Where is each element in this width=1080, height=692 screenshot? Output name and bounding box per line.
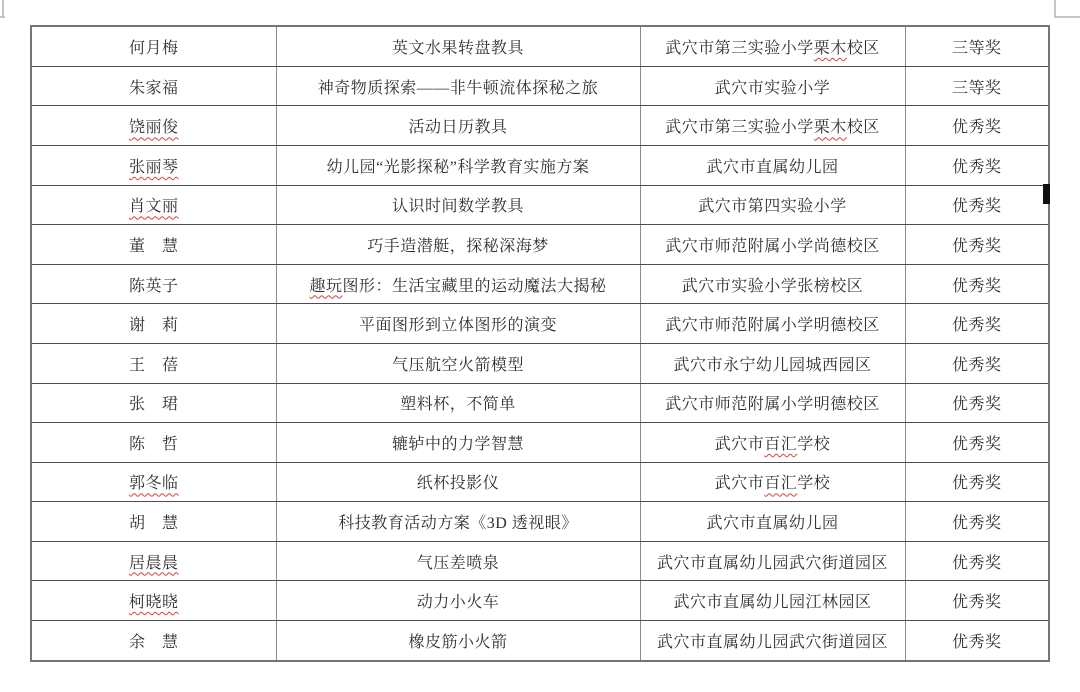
text-run: 优秀奖 (952, 594, 1002, 611)
table-row: 陈 哲辘轳中的力学智慧武穴市百汇学校优秀奖 (31, 423, 1049, 463)
text-run: 塑料杯，不简单 (400, 396, 516, 413)
text-run: 陈英子 (129, 278, 179, 295)
text-run: 余 慧 (129, 634, 179, 651)
recipient-name-cell[interactable]: 朱家福 (31, 66, 276, 106)
project-title-cell[interactable]: 活动日历教具 (276, 106, 640, 146)
text-run: 优秀奖 (952, 515, 1002, 532)
text-cursor-mark (1043, 184, 1050, 204)
text-run: 胡 慧 (129, 515, 179, 532)
text-run: 气压差喷泉 (417, 555, 500, 572)
table-row: 余 慧橡皮筋小火箭武穴市直属幼儿园武穴街道园区优秀奖 (31, 621, 1049, 662)
text-run: 校区 (847, 119, 880, 136)
misspelled-text-run: 趣玩 (309, 278, 342, 295)
table-row: 胡 慧科技教育活动方案《3D 透视眼》武穴市直属幼儿园优秀奖 (31, 502, 1049, 542)
project-title-cell[interactable]: 认识时间数学教具 (276, 185, 640, 225)
award-level-cell[interactable]: 优秀奖 (905, 383, 1049, 423)
text-run: 图形：生活宝藏里的运动魔法大揭秘 (343, 278, 607, 295)
text-run: 武穴市永宁幼儿园城西园区 (673, 357, 871, 374)
text-run: 优秀奖 (952, 436, 1002, 453)
adjacent-frame-corner-right-horizontal (1054, 16, 1080, 18)
recipient-name-cell[interactable]: 何月梅 (31, 26, 276, 66)
award-level-cell[interactable]: 优秀奖 (905, 581, 1049, 621)
table-row: 肖文丽认识时间数学教具武穴市第四实验小学优秀奖 (31, 185, 1049, 225)
text-run: 橡皮筋小火箭 (408, 634, 507, 651)
document-page: 何月梅英文水果转盘教具武穴市第三实验小学栗木校区三等奖朱家福神奇物质探索——非牛… (0, 0, 1080, 692)
project-title-cell[interactable]: 巧手造潜艇，探秘深海梦 (276, 225, 640, 265)
table-row: 王 蓓气压航空火箭模型武穴市永宁幼儿园城西园区优秀奖 (31, 343, 1049, 383)
project-title-cell[interactable]: 神奇物质探索——非牛顿流体探秘之旅 (276, 66, 640, 106)
school-cell[interactable]: 武穴市实验小学张榜校区 (640, 264, 905, 304)
text-run: 优秀奖 (952, 475, 1002, 492)
award-level-cell[interactable]: 优秀奖 (905, 541, 1049, 581)
school-cell[interactable]: 武穴市直属幼儿园武穴街道园区 (640, 541, 905, 581)
school-cell[interactable]: 武穴市师范附属小学明德校区 (640, 383, 905, 423)
school-cell[interactable]: 武穴市直属幼儿园 (640, 146, 905, 186)
text-run: 气压航空火箭模型 (392, 357, 524, 374)
recipient-name-cell[interactable]: 董 慧 (31, 225, 276, 265)
award-level-cell[interactable]: 三等奖 (905, 66, 1049, 106)
award-results-table[interactable]: 何月梅英文水果转盘教具武穴市第三实验小学栗木校区三等奖朱家福神奇物质探索——非牛… (30, 25, 1050, 662)
text-run: 神奇物质探索——非牛顿流体探秘之旅 (318, 80, 599, 97)
school-cell[interactable]: 武穴市实验小学 (640, 66, 905, 106)
text-run: 辘轳中的力学智慧 (392, 436, 524, 453)
text-run: 武穴市直属幼儿园武穴街道园区 (657, 555, 888, 572)
misspelled-text-run: 百汇 (764, 475, 797, 492)
text-run: 优秀奖 (952, 357, 1002, 374)
text-run: 武穴市直属幼儿园江林园区 (673, 594, 871, 611)
misspelled-text-run: 肖文丽 (129, 198, 179, 215)
misspelled-text-run: 饶丽俊 (129, 119, 179, 136)
project-title-cell[interactable]: 英文水果转盘教具 (276, 26, 640, 66)
award-level-cell[interactable]: 优秀奖 (905, 462, 1049, 502)
school-cell[interactable]: 武穴市百汇学校 (640, 462, 905, 502)
school-cell[interactable]: 武穴市直属幼儿园江林园区 (640, 581, 905, 621)
text-run: 认识时间数学教具 (392, 198, 524, 215)
recipient-name-cell[interactable]: 居晨晨 (31, 541, 276, 581)
misspelled-text-run: 柯晓晓 (129, 594, 179, 611)
misspelled-text-run: 郭冬临 (129, 475, 179, 492)
award-level-cell[interactable]: 优秀奖 (905, 264, 1049, 304)
text-run: 校区 (847, 40, 880, 57)
text-run: 三等奖 (952, 80, 1002, 97)
text-run: 优秀奖 (952, 634, 1002, 651)
recipient-name-cell[interactable]: 陈 哲 (31, 423, 276, 463)
text-run: 科技教育活动方案《3D 透视眼》 (338, 515, 578, 532)
recipient-name-cell[interactable]: 柯晓晓 (31, 581, 276, 621)
text-run: 英文水果转盘教具 (392, 40, 524, 57)
project-title-cell[interactable]: 橡皮筋小火箭 (276, 621, 640, 662)
text-run: 武穴市师范附属小学明德校区 (665, 317, 880, 334)
school-cell[interactable]: 武穴市直属幼儿园 (640, 502, 905, 542)
award-level-cell[interactable]: 优秀奖 (905, 502, 1049, 542)
text-run: 优秀奖 (952, 396, 1002, 413)
table-row: 朱家福神奇物质探索——非牛顿流体探秘之旅武穴市实验小学三等奖 (31, 66, 1049, 106)
text-run: 动力小火车 (417, 594, 500, 611)
text-run: 张 珺 (129, 396, 179, 413)
text-run: 武穴市 (715, 475, 765, 492)
school-cell[interactable]: 武穴市百汇学校 (640, 423, 905, 463)
text-run: 纸杯投影仪 (417, 475, 500, 492)
project-title-cell[interactable]: 幼儿园“光影探秘”科学教育实施方案 (276, 146, 640, 186)
text-run: 武穴市 (715, 436, 765, 453)
school-cell[interactable]: 武穴市师范附属小学明德校区 (640, 304, 905, 344)
text-run: 优秀奖 (952, 159, 1002, 176)
table-row: 陈英子趣玩图形：生活宝藏里的运动魔法大揭秘武穴市实验小学张榜校区优秀奖 (31, 264, 1049, 304)
award-level-cell[interactable]: 优秀奖 (905, 304, 1049, 344)
project-title-cell[interactable]: 纸杯投影仪 (276, 462, 640, 502)
table-row: 居晨晨气压差喷泉武穴市直属幼儿园武穴街道园区优秀奖 (31, 541, 1049, 581)
school-cell[interactable]: 武穴市第四实验小学 (640, 185, 905, 225)
project-title-cell[interactable]: 科技教育活动方案《3D 透视眼》 (276, 502, 640, 542)
award-level-cell[interactable]: 优秀奖 (905, 106, 1049, 146)
text-run: 武穴市师范附属小学尚德校区 (665, 238, 880, 255)
award-level-cell[interactable]: 优秀奖 (905, 423, 1049, 463)
table-row: 谢 莉平面图形到立体图形的演变武穴市师范附属小学明德校区优秀奖 (31, 304, 1049, 344)
recipient-name-cell[interactable]: 张丽琴 (31, 146, 276, 186)
award-level-cell[interactable]: 优秀奖 (905, 146, 1049, 186)
recipient-name-cell[interactable]: 余 慧 (31, 621, 276, 662)
project-title-cell[interactable]: 平面图形到立体图形的演变 (276, 304, 640, 344)
text-run: 幼儿园“光影探秘”科学教育实施方案 (327, 159, 590, 176)
misspelled-text-run: 百汇 (764, 436, 797, 453)
text-run: 武穴市直属幼儿园 (706, 515, 838, 532)
project-title-cell[interactable]: 趣玩图形：生活宝藏里的运动魔法大揭秘 (276, 264, 640, 304)
award-level-cell[interactable]: 优秀奖 (905, 343, 1049, 383)
recipient-name-cell[interactable]: 饶丽俊 (31, 106, 276, 146)
text-run: 武穴市实验小学张榜校区 (682, 278, 864, 295)
school-cell[interactable]: 武穴市第三实验小学栗木校区 (640, 106, 905, 146)
award-level-cell[interactable]: 三等奖 (905, 26, 1049, 66)
table-row: 张 珺塑料杯，不简单武穴市师范附属小学明德校区优秀奖 (31, 383, 1049, 423)
text-run: 优秀奖 (952, 317, 1002, 334)
text-run: 学校 (797, 436, 830, 453)
table-row: 董 慧巧手造潜艇，探秘深海梦武穴市师范附属小学尚德校区优秀奖 (31, 225, 1049, 265)
text-run: 朱家福 (129, 80, 179, 97)
text-run: 武穴市实验小学 (715, 80, 831, 97)
text-run: 谢 莉 (129, 317, 179, 334)
text-run: 武穴市第三实验小学 (665, 40, 814, 57)
text-run: 优秀奖 (952, 119, 1002, 136)
text-run: 三等奖 (952, 40, 1002, 57)
school-cell[interactable]: 武穴市永宁幼儿园城西园区 (640, 343, 905, 383)
table-row: 饶丽俊活动日历教具武穴市第三实验小学栗木校区优秀奖 (31, 106, 1049, 146)
text-run: 学校 (797, 475, 830, 492)
school-cell[interactable]: 武穴市直属幼儿园武穴街道园区 (640, 621, 905, 662)
misspelled-text-run: 栗木 (814, 40, 847, 57)
award-level-cell[interactable]: 优秀奖 (905, 621, 1049, 662)
text-run: 董 慧 (129, 238, 179, 255)
misspelled-text-run: 栗木 (814, 119, 847, 136)
text-run: 王 蓓 (129, 357, 179, 374)
recipient-name-cell[interactable]: 陈英子 (31, 264, 276, 304)
text-run: 陈 哲 (129, 436, 179, 453)
table-row: 何月梅英文水果转盘教具武穴市第三实验小学栗木校区三等奖 (31, 26, 1049, 66)
school-cell[interactable]: 武穴市师范附属小学尚德校区 (640, 225, 905, 265)
school-cell[interactable]: 武穴市第三实验小学栗木校区 (640, 26, 905, 66)
table-row: 柯晓晓动力小火车武穴市直属幼儿园江林园区优秀奖 (31, 581, 1049, 621)
project-title-cell[interactable]: 动力小火车 (276, 581, 640, 621)
text-run: 优秀奖 (952, 555, 1002, 572)
text-run: 平面图形到立体图形的演变 (359, 317, 557, 334)
misspelled-text-run: 张丽琴 (129, 159, 179, 176)
recipient-name-cell[interactable]: 王 蓓 (31, 343, 276, 383)
text-run: 优秀奖 (952, 278, 1002, 295)
text-run: 优秀奖 (952, 238, 1002, 255)
award-level-cell[interactable]: 优秀奖 (905, 225, 1049, 265)
recipient-name-cell[interactable]: 郭冬临 (31, 462, 276, 502)
text-run: 活动日历教具 (408, 119, 507, 136)
table-row: 郭冬临纸杯投影仪武穴市百汇学校优秀奖 (31, 462, 1049, 502)
text-run: 武穴市师范附属小学明德校区 (665, 396, 880, 413)
adjacent-frame-corner-left-horizontal (0, 16, 5, 18)
text-run: 武穴市直属幼儿园 (706, 159, 838, 176)
project-title-cell[interactable]: 辘轳中的力学智慧 (276, 423, 640, 463)
text-run: 武穴市第四实验小学 (698, 198, 847, 215)
text-run: 巧手造潜艇，探秘深海梦 (367, 238, 549, 255)
text-run: 优秀奖 (952, 198, 1002, 215)
project-title-cell[interactable]: 气压航空火箭模型 (276, 343, 640, 383)
text-run: 武穴市第三实验小学 (665, 119, 814, 136)
text-run: 何月梅 (129, 40, 179, 57)
recipient-name-cell[interactable]: 张 珺 (31, 383, 276, 423)
recipient-name-cell[interactable]: 谢 莉 (31, 304, 276, 344)
table-row: 张丽琴幼儿园“光影探秘”科学教育实施方案武穴市直属幼儿园优秀奖 (31, 146, 1049, 186)
project-title-cell[interactable]: 塑料杯，不简单 (276, 383, 640, 423)
award-level-cell[interactable]: 优秀奖 (905, 185, 1049, 225)
adjacent-frame-corner-left-vertical (2, 0, 4, 17)
recipient-name-cell[interactable]: 肖文丽 (31, 185, 276, 225)
text-run: 武穴市直属幼儿园武穴街道园区 (657, 634, 888, 651)
project-title-cell[interactable]: 气压差喷泉 (276, 541, 640, 581)
misspelled-text-run: 居晨晨 (129, 555, 179, 572)
recipient-name-cell[interactable]: 胡 慧 (31, 502, 276, 542)
